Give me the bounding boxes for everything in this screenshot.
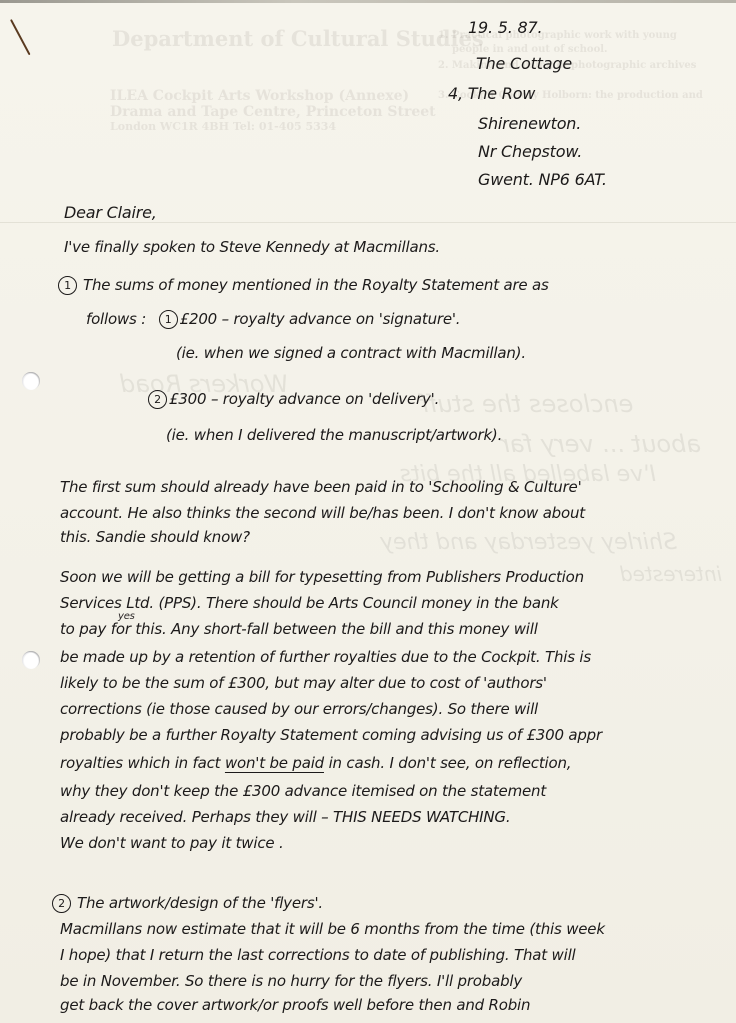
show-through-hand-5: Shirley yesterday and they [380, 530, 677, 555]
punch-hole-top [22, 372, 40, 390]
royalties-text: royalties which in fact [60, 754, 220, 772]
typesetting-line-9: why they don't keep the £300 advance ite… [60, 784, 546, 799]
first-sum-line-3: this. Sandie should know? [60, 530, 250, 545]
typesetting-line-3: to pay for this. Any short-fall between … [60, 622, 538, 637]
typesetting-line-10: already received. Perhaps they will – TH… [60, 810, 510, 825]
address-line-2: 4, The Row [448, 86, 535, 102]
point-2-line-2: I hope) that I return the last correctio… [60, 948, 576, 963]
first-sum-line-2: account. He also thinks the second will … [60, 506, 585, 521]
item-2-note: (ie. when I delivered the manuscript/art… [166, 428, 502, 443]
show-through-hand-6: interested [620, 562, 722, 586]
typesetting-line-8: royalties which in fact won't be paid in… [60, 756, 571, 771]
typesetting-line-2: Services Ltd. (PPS). There should be Art… [60, 596, 559, 611]
in-cash-text: in cash. I don't see, on reflection, [329, 754, 572, 772]
point-2-heading: The artwork/design of the 'flyers'. [77, 894, 323, 912]
show-through-letterhead-sub2: Drama and Tape Centre, Princeton Street [110, 104, 436, 120]
typesetting-line-1: Soon we will be getting a bill for types… [60, 570, 584, 585]
point-2-line-1: Macmillans now estimate that it will be … [60, 922, 605, 937]
point-2-line-4: get back the cover artwork/or proofs wel… [60, 998, 530, 1013]
intro-line: I've finally spoken to Steve Kennedy at … [64, 240, 440, 255]
typesetting-line-6: corrections (ie those caused by our erro… [60, 702, 538, 717]
show-through-hand-3: about ... very far [500, 430, 701, 458]
show-through-letterhead-sub1: ILEA Cockpit Arts Workshop (Annexe) [110, 88, 409, 104]
typesetting-line-11: We don't want to pay it twice . [60, 836, 284, 851]
address-line-4: Nr Chepstow. [478, 144, 582, 160]
punch-hole-bottom [22, 651, 40, 669]
point-1-line-2: follows : 1£200 – royalty advance on 'si… [86, 310, 460, 329]
typesetting-line-4: be made up by a retention of further roy… [60, 650, 591, 665]
point-1-number: 1 [58, 276, 77, 295]
item-1-number: 1 [159, 310, 178, 329]
address-line-1: The Cottage [476, 56, 572, 72]
point-1-line-1: 1The sums of money mentioned in the Roya… [58, 276, 549, 295]
item-2-number: 2 [148, 390, 167, 409]
point-1-text: The sums of money mentioned in the Royal… [83, 276, 549, 294]
item-2-line: 2£300 – royalty advance on 'delivery'. [148, 390, 439, 409]
item-1-text: £200 – royalty advance on 'signature'. [180, 310, 461, 328]
show-through-hand-2: encloses the stuff [420, 390, 633, 418]
item-1-note: (ie. when we signed a contract with Macm… [176, 346, 526, 361]
follows-label: follows : [86, 310, 146, 328]
page-top-edge [0, 0, 736, 3]
staple-mark [10, 19, 31, 55]
letter-date: 19. 5. 87. [468, 20, 542, 36]
salutation: Dear Claire, [64, 205, 157, 221]
address-line-3: Shirenewton. [478, 116, 581, 132]
first-sum-line-1: The first sum should already have been p… [60, 480, 582, 495]
item-2-text: £300 – royalty advance on 'delivery'. [169, 390, 439, 408]
point-2-number: 2 [52, 894, 71, 913]
show-through-letterhead-title: Department of Cultural Studies [112, 26, 484, 51]
typesetting-line-5: likely to be the sum of £300, but may al… [60, 676, 547, 691]
point-2-line-3: be in November. So there is no hurry for… [60, 974, 522, 989]
typesetting-line-7: probably be a further Royalty Statement … [60, 728, 602, 743]
fold-line [0, 222, 736, 223]
address-line-5: Gwent. NP6 6AT. [478, 172, 607, 188]
letter-page: Department of Cultural Studies ILEA Cock… [0, 0, 736, 1023]
wont-be-paid-underlined: won't be paid [225, 754, 324, 772]
show-through-letterhead-sub3: London WC1R 4BH Tel: 01-405 5334 [110, 120, 336, 133]
point-2-heading-line: 2The artwork/design of the 'flyers'. [52, 894, 323, 913]
